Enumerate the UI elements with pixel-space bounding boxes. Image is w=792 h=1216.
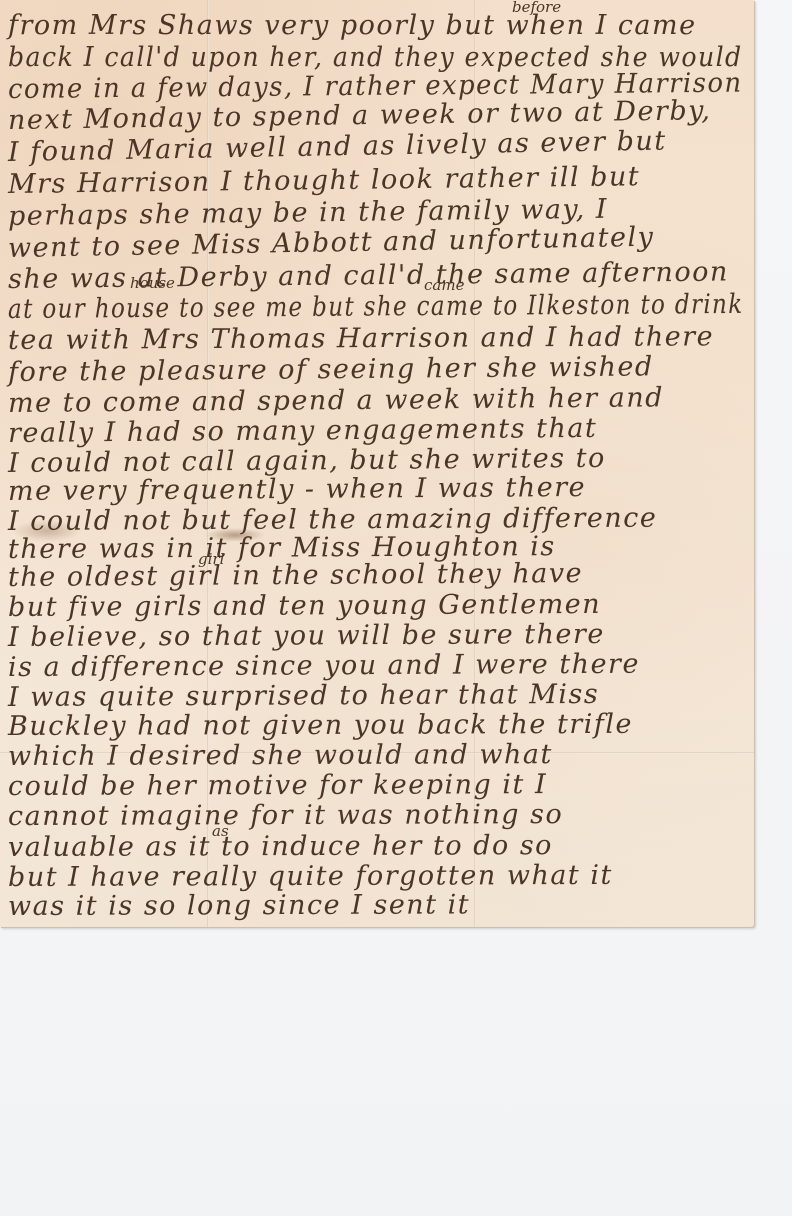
handwritten-text: before from Mrs Shaws very poorly but wh… bbox=[0, 0, 754, 927]
text-line: I could not but feel the amazing differe… bbox=[8, 505, 657, 535]
text-line: I believe, so that you will be sure ther… bbox=[8, 621, 605, 651]
text-line: valuable as it to induce her to do so bbox=[8, 832, 553, 861]
text-line: Mrs Harrison I thought look rather ill b… bbox=[8, 163, 641, 198]
text-line: at our house to see me but she came to I… bbox=[8, 291, 744, 323]
text-line: really I had so many engagements that bbox=[8, 415, 597, 447]
text-line: she was at Derby and call'd the same aft… bbox=[8, 258, 729, 293]
text-line: fore the pleasure of seeing her she wish… bbox=[8, 353, 654, 386]
text-line: could be her motive for keeping it I bbox=[8, 771, 547, 800]
interlinear-insertion: house bbox=[130, 274, 175, 292]
text-line: the oldest girl in the school they have bbox=[8, 560, 583, 591]
text-line: but five girls and ten young Gentlemen bbox=[8, 591, 601, 621]
text-line: Buckley had not given you back the trifl… bbox=[8, 711, 633, 740]
scanned-page: before from Mrs Shaws very poorly but wh… bbox=[0, 0, 792, 1216]
text-line: which I desired she would and what bbox=[8, 741, 553, 770]
text-line: back I call'd upon her, and they expecte… bbox=[8, 44, 743, 71]
text-line: but I have really quite forgotten what i… bbox=[8, 862, 613, 891]
text-line: was it is so long since I sent it bbox=[8, 891, 470, 920]
text-line: I was quite surprised to hear that Miss bbox=[8, 681, 599, 711]
text-line: me very frequently - when I was there bbox=[8, 474, 586, 505]
text-line: tea with Mrs Thomas Harrison and I had t… bbox=[8, 323, 714, 354]
text-line: me to come and spend a week with her and bbox=[8, 384, 664, 417]
text-line: from Mrs Shaws very poorly but when I ca… bbox=[8, 12, 697, 39]
letter-paper: before from Mrs Shaws very poorly but wh… bbox=[0, 0, 754, 927]
text-line: cannot imagine for it was nothing so bbox=[8, 801, 563, 830]
text-line: is a difference since you and I were the… bbox=[8, 651, 640, 681]
